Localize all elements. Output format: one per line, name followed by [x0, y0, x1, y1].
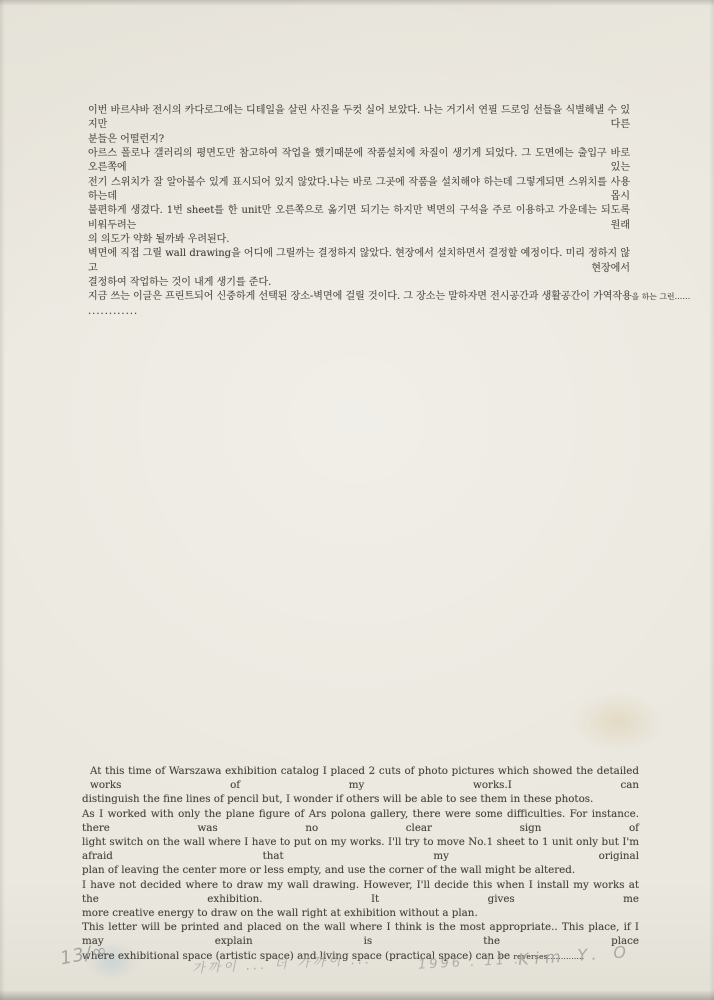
scan-edge-left [0, 0, 5, 1000]
text-line: This letter will be printed and placed o… [82, 920, 639, 948]
scan-edge-right [709, 0, 714, 1000]
scan-edge-top [0, 0, 714, 6]
text-line: 불편하게 생겼다. 1번 sheet를 한 unit만 오른쪽으로 옮기면 되기… [88, 204, 630, 233]
scanned-letter-page: 이번 바르샤바 전시의 카다로그에는 디테일을 살린 사진을 두컷 실어 보았다… [0, 0, 714, 1000]
text-line: 분들은 어떨런지? [88, 133, 630, 147]
text-line: At this time of Warszawa exhibition cata… [82, 764, 639, 792]
continuation-dots: ............ [88, 305, 630, 319]
text-segment: 지금 쓰는 이글은 프린트되어 신중하게 선택된 장소-벽면에 걸릴 것이다. … [88, 291, 632, 302]
text-line: more creative energy to draw on the wall… [82, 906, 639, 920]
text-line: 결정하여 작업하는 것이 내게 생기를 준다. [88, 276, 630, 290]
text-line: 의 의도가 약화 될까봐 우려된다. [88, 233, 630, 247]
text-line: 전기 스위치가 잘 알아볼수 있게 표시되어 있지 않았다.나는 바로 그곳에 … [88, 176, 630, 205]
text-line: 이번 바르샤바 전시의 카다로그에는 디테일을 살린 사진을 두컷 실어 보았다… [88, 104, 630, 133]
text-line: 벽면에 직접 그릴 wall drawing을 어디에 그릴까는 결정하지 않았… [88, 247, 630, 276]
scan-edge-bottom [0, 990, 714, 1000]
text-line: I have not decided where to draw my wall… [82, 878, 639, 906]
paper-stain [572, 693, 664, 751]
text-line: plan of leaving the center more or less … [82, 863, 639, 877]
text-line: light switch on the wall where I have to… [82, 835, 639, 863]
text-line: 지금 쓰는 이글은 프린트되어 신중하게 선택된 장소-벽면에 걸릴 것이다. … [88, 290, 630, 304]
small-text-segment: 을 하는 그런...... [632, 292, 691, 301]
english-paragraph: At this time of Warszawa exhibition cata… [82, 764, 639, 964]
text-line: 아르스 폴로나 갤러리의 평면도만 참고하여 작업을 했기때문에 작품설치에 차… [88, 147, 630, 176]
text-line: As I worked with only the plane figure o… [82, 807, 639, 835]
text-line: distinguish the fine lines of pencil but… [82, 792, 639, 806]
korean-paragraph: 이번 바르샤바 전시의 카다로그에는 디테일을 살린 사진을 두컷 실어 보았다… [88, 104, 630, 319]
